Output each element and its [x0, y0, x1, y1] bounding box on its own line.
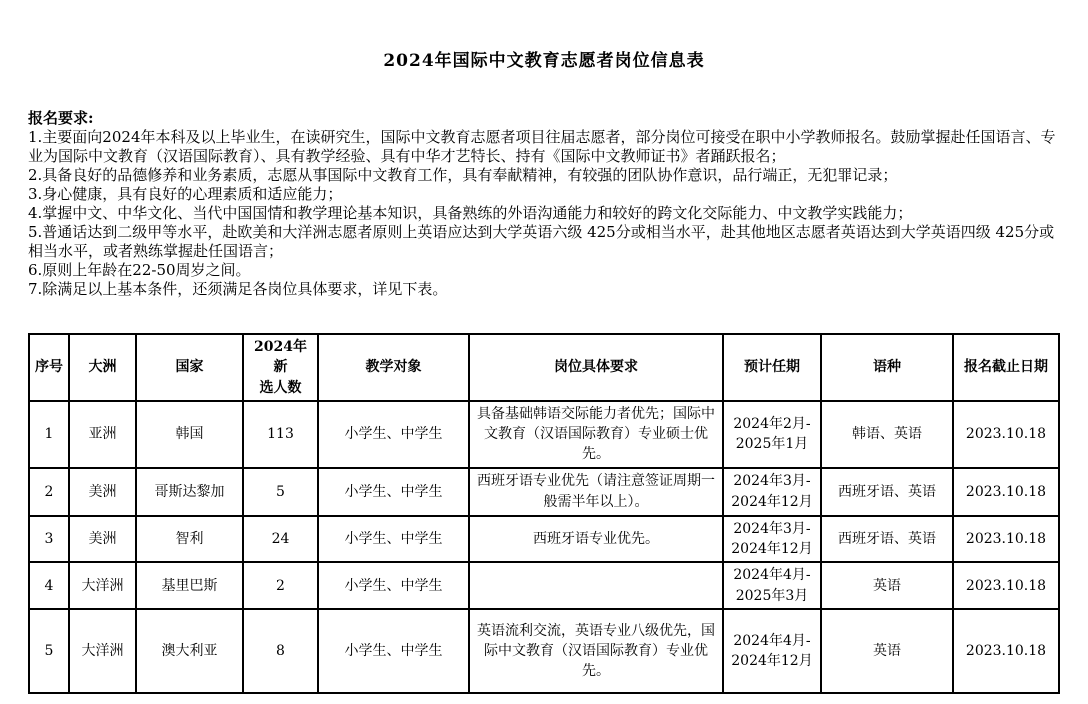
- page-title: 2024年国际中文教育志愿者岗位信息表: [0, 0, 1088, 71]
- column-header: 国家: [136, 334, 243, 401]
- table-cell: 韩国: [136, 401, 243, 468]
- table-cell: 小学生、中学生: [318, 609, 469, 693]
- table-cell: 大洋洲: [69, 609, 136, 693]
- requirement-item: 1.主要面向2024年本科及以上毕业生，在读研究生，国际中文教育志愿者项目往届志…: [28, 128, 1064, 166]
- table-row: 4大洋洲基里巴斯2小学生、中学生2024年4月- 2025年3月英语2023.1…: [29, 562, 1059, 609]
- table-cell: 2024年4月- 2025年3月: [723, 562, 821, 609]
- table-cell: 8: [243, 609, 318, 693]
- table-row: 1亚洲韩国113小学生、中学生具备基础韩语交际能力者优先；国际中文教育（汉语国际…: [29, 401, 1059, 468]
- table-cell: [469, 562, 723, 609]
- table-cell: 美洲: [69, 468, 136, 516]
- table-cell: 2023.10.18: [953, 609, 1059, 693]
- table-cell: 5: [243, 468, 318, 516]
- document-page: 2024年国际中文教育志愿者岗位信息表 报名要求: 1.主要面向2024年本科及…: [0, 0, 1088, 704]
- table-cell: 2024年2月- 2025年1月: [723, 401, 821, 468]
- table-cell: 澳大利亚: [136, 609, 243, 693]
- table-cell: 2023.10.18: [953, 516, 1059, 563]
- table-cell: 大洋洲: [69, 562, 136, 609]
- table-cell: 小学生、中学生: [318, 516, 469, 563]
- requirement-item: 3.身心健康，具有良好的心理素质和适应能力；: [28, 185, 1064, 204]
- column-header: 语种: [821, 334, 953, 401]
- requirement-item: 6.原则上年龄在22-50周岁之间。: [28, 261, 1064, 280]
- requirement-item: 5.普通话达到二级甲等水平，赴欧美和大洋洲志愿者原则上英语应达到大学英语六级 4…: [28, 223, 1064, 261]
- requirements-section: 报名要求: 1.主要面向2024年本科及以上毕业生，在读研究生，国际中文教育志愿…: [28, 109, 1064, 299]
- table-cell: 英语: [821, 562, 953, 609]
- table-row: 2美洲哥斯达黎加5小学生、中学生西班牙语专业优先（请注意签证周期一般需半年以上）…: [29, 468, 1059, 516]
- column-header: 序号: [29, 334, 69, 401]
- table-cell: 哥斯达黎加: [136, 468, 243, 516]
- table-cell: 英语: [821, 609, 953, 693]
- requirement-item: 2.具备良好的品德修养和业务素质，志愿从事国际中文教育工作，具有奉献精神，有较强…: [28, 166, 1064, 185]
- table-cell: 2023.10.18: [953, 401, 1059, 468]
- table-row: 3美洲智利24小学生、中学生西班牙语专业优先。2024年3月- 2024年12月…: [29, 516, 1059, 563]
- table-cell: 小学生、中学生: [318, 468, 469, 516]
- table-cell: 基里巴斯: [136, 562, 243, 609]
- table-cell: 1: [29, 401, 69, 468]
- table-cell: 2023.10.18: [953, 562, 1059, 609]
- table-cell: 美洲: [69, 516, 136, 563]
- table-cell: 2: [243, 562, 318, 609]
- table-cell: 亚洲: [69, 401, 136, 468]
- column-header: 2024年新 选人数: [243, 334, 318, 401]
- table-cell: 英语流利交流，英语专业八级优先，国际中文教育（汉语国际教育）专业优先。: [469, 609, 723, 693]
- requirements-list: 1.主要面向2024年本科及以上毕业生，在读研究生，国际中文教育志愿者项目往届志…: [28, 128, 1064, 299]
- column-header: 岗位具体要求: [469, 334, 723, 401]
- table-cell: 韩语、英语: [821, 401, 953, 468]
- table-header-row: 序号大洲国家2024年新 选人数教学对象岗位具体要求预计任期语种报名截止日期: [29, 334, 1059, 401]
- table-cell: 西班牙语、英语: [821, 516, 953, 563]
- table-cell: 智利: [136, 516, 243, 563]
- table-cell: 小学生、中学生: [318, 562, 469, 609]
- table-cell: 2024年4月- 2024年12月: [723, 609, 821, 693]
- positions-table: 序号大洲国家2024年新 选人数教学对象岗位具体要求预计任期语种报名截止日期 1…: [28, 333, 1060, 694]
- table-cell: 5: [29, 609, 69, 693]
- table-row: 5大洋洲澳大利亚8小学生、中学生英语流利交流，英语专业八级优先，国际中文教育（汉…: [29, 609, 1059, 693]
- table-cell: 2024年3月- 2024年12月: [723, 468, 821, 516]
- table-cell: 24: [243, 516, 318, 563]
- table-cell: 113: [243, 401, 318, 468]
- table-cell: 2: [29, 468, 69, 516]
- column-header: 预计任期: [723, 334, 821, 401]
- column-header: 报名截止日期: [953, 334, 1059, 401]
- table-cell: 西班牙语专业优先（请注意签证周期一般需半年以上）。: [469, 468, 723, 516]
- table-cell: 西班牙语专业优先。: [469, 516, 723, 563]
- requirement-item: 4.掌握中文、中华文化、当代中国国情和教学理论基本知识，具备熟练的外语沟通能力和…: [28, 204, 1064, 223]
- table-body: 1亚洲韩国113小学生、中学生具备基础韩语交际能力者优先；国际中文教育（汉语国际…: [29, 401, 1059, 693]
- table-cell: 3: [29, 516, 69, 563]
- table-cell: 2023.10.18: [953, 468, 1059, 516]
- table-cell: 西班牙语、英语: [821, 468, 953, 516]
- table-cell: 小学生、中学生: [318, 401, 469, 468]
- column-header: 教学对象: [318, 334, 469, 401]
- table-cell: 4: [29, 562, 69, 609]
- requirement-item: 7.除满足以上基本条件，还须满足各岗位具体要求，详见下表。: [28, 280, 1064, 299]
- table-cell: 具备基础韩语交际能力者优先；国际中文教育（汉语国际教育）专业硕士优先。: [469, 401, 723, 468]
- table-cell: 2024年3月- 2024年12月: [723, 516, 821, 563]
- requirements-heading: 报名要求:: [28, 109, 1064, 128]
- column-header: 大洲: [69, 334, 136, 401]
